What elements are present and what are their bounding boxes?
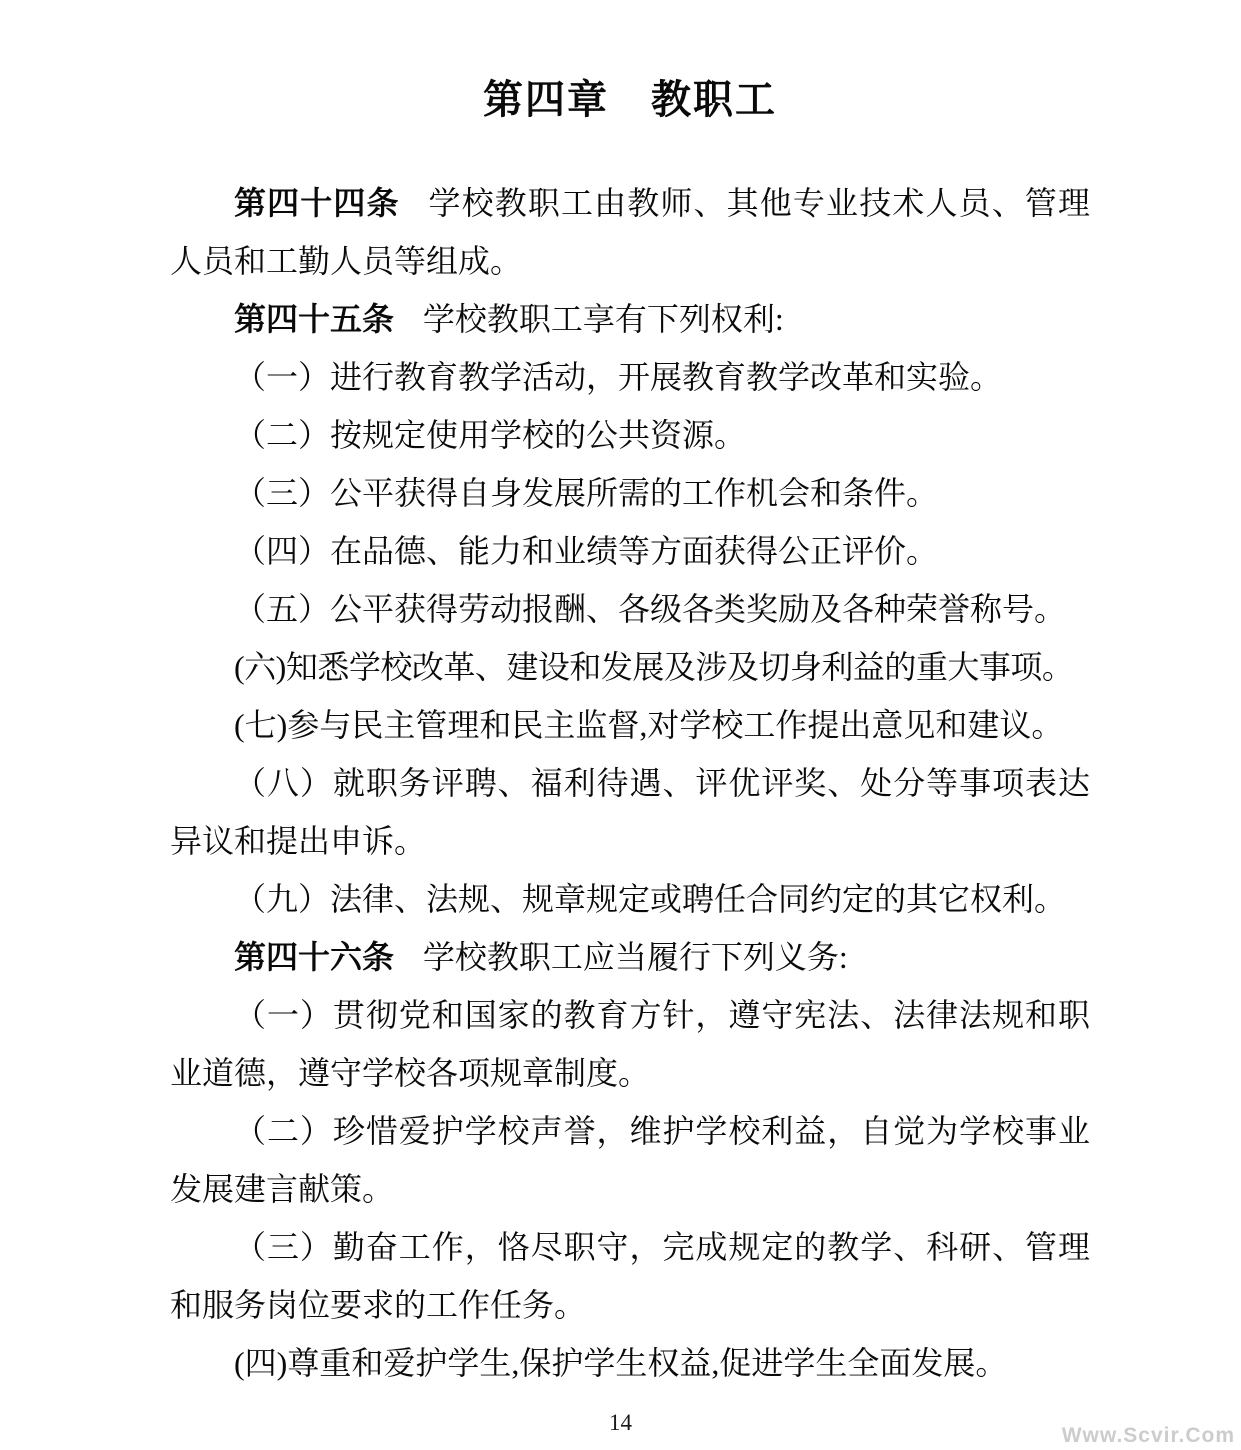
paragraph: （三）勤奋工作，恪尽职守，完成规定的教学、科研、管理和服务岗位要求的工作任务。 [170,1218,1090,1334]
paragraph-text: （九）法律、法规、规章规定或聘任合同约定的其它权利。 [234,881,1066,917]
paragraph-text: （八）就职务评聘、福利待遇、评优评奖、处分等事项表达异议和提出申诉。 [170,765,1090,859]
paragraph: （八）就职务评聘、福利待遇、评优评奖、处分等事项表达异议和提出申诉。 [170,754,1090,870]
paragraph-text: （五）公平获得劳动报酬、各级各类奖励及各种荣誉称号。 [234,591,1066,627]
paragraph: (六)知悉学校改革、建设和发展及涉及切身利益的重大事项。 [170,638,1090,696]
article-number: 第四十五条 [234,301,394,337]
paragraph: （五）公平获得劳动报酬、各级各类奖励及各种荣誉称号。 [170,580,1090,638]
paragraph: （三）公平获得自身发展所需的工作机会和条件。 [170,464,1090,522]
paragraph-text: （四）在品德、能力和业绩等方面获得公正评价。 [234,533,938,569]
paragraph-text: (七)参与民主管理和民主监督,对学校工作提出意见和建议。 [234,707,1063,743]
paragraph-text: 学校教职工应当履行下列义务: [423,939,848,975]
paragraph-text: 学校教职工享有下列权利: [423,301,784,337]
paragraph: （二）珍惜爱护学校声誉，维护学校利益，自觉为学校事业发展建言献策。 [170,1102,1090,1218]
paragraph-text: （二）珍惜爱护学校声誉，维护学校利益，自觉为学校事业发展建言献策。 [170,1113,1090,1207]
paragraph-text: （一）贯彻党和国家的教育方针，遵守宪法、法律法规和职业道德，遵守学校各项规章制度… [170,997,1090,1091]
chapter-title: 第四章 教职工 [170,76,1090,124]
paragraph: 第四十六条学校教职工应当履行下列义务: [170,928,1090,986]
paragraph-text: （二）按规定使用学校的公共资源。 [234,417,746,453]
paragraph: （一）贯彻党和国家的教育方针，遵守宪法、法律法规和职业道德，遵守学校各项规章制度… [170,986,1090,1102]
paragraph-text: (四)尊重和爱护学生,保护学生权益,促进学生全面发展。 [234,1345,1007,1381]
page-number: 14 [0,1410,1241,1436]
document-body: 第四十四条学校教职工由教师、其他专业技术人员、管理人员和工勤人员等组成。 第四十… [170,174,1090,1392]
paragraph-text: （三）勤奋工作，恪尽职守，完成规定的教学、科研、管理和服务岗位要求的工作任务。 [170,1229,1090,1323]
paragraph-text: (六)知悉学校改革、建设和发展及涉及切身利益的重大事项。 [234,649,1073,685]
paragraph: 第四十五条学校教职工享有下列权利: [170,290,1090,348]
paragraph: （四）在品德、能力和业绩等方面获得公正评价。 [170,522,1090,580]
paragraph-text: （三）公平获得自身发展所需的工作机会和条件。 [234,475,938,511]
paragraph: 第四十四条学校教职工由教师、其他专业技术人员、管理人员和工勤人员等组成。 [170,174,1090,290]
article-number: 第四十六条 [234,939,394,975]
paragraph: （一）进行教育教学活动，开展教育教学改革和实验。 [170,348,1090,406]
watermark: Www.Scvir.Com [1062,1424,1235,1448]
paragraph: (四)尊重和爱护学生,保护学生权益,促进学生全面发展。 [170,1334,1090,1392]
paragraph: （二）按规定使用学校的公共资源。 [170,406,1090,464]
paragraph: (七)参与民主管理和民主监督,对学校工作提出意见和建议。 [170,696,1090,754]
document-page: 第四章 教职工 第四十四条学校教职工由教师、其他专业技术人员、管理人员和工勤人员… [0,0,1241,1450]
paragraph-text: （一）进行教育教学活动，开展教育教学改革和实验。 [234,359,1002,395]
article-number: 第四十四条 [234,185,400,221]
paragraph: （九）法律、法规、规章规定或聘任合同约定的其它权利。 [170,870,1090,928]
